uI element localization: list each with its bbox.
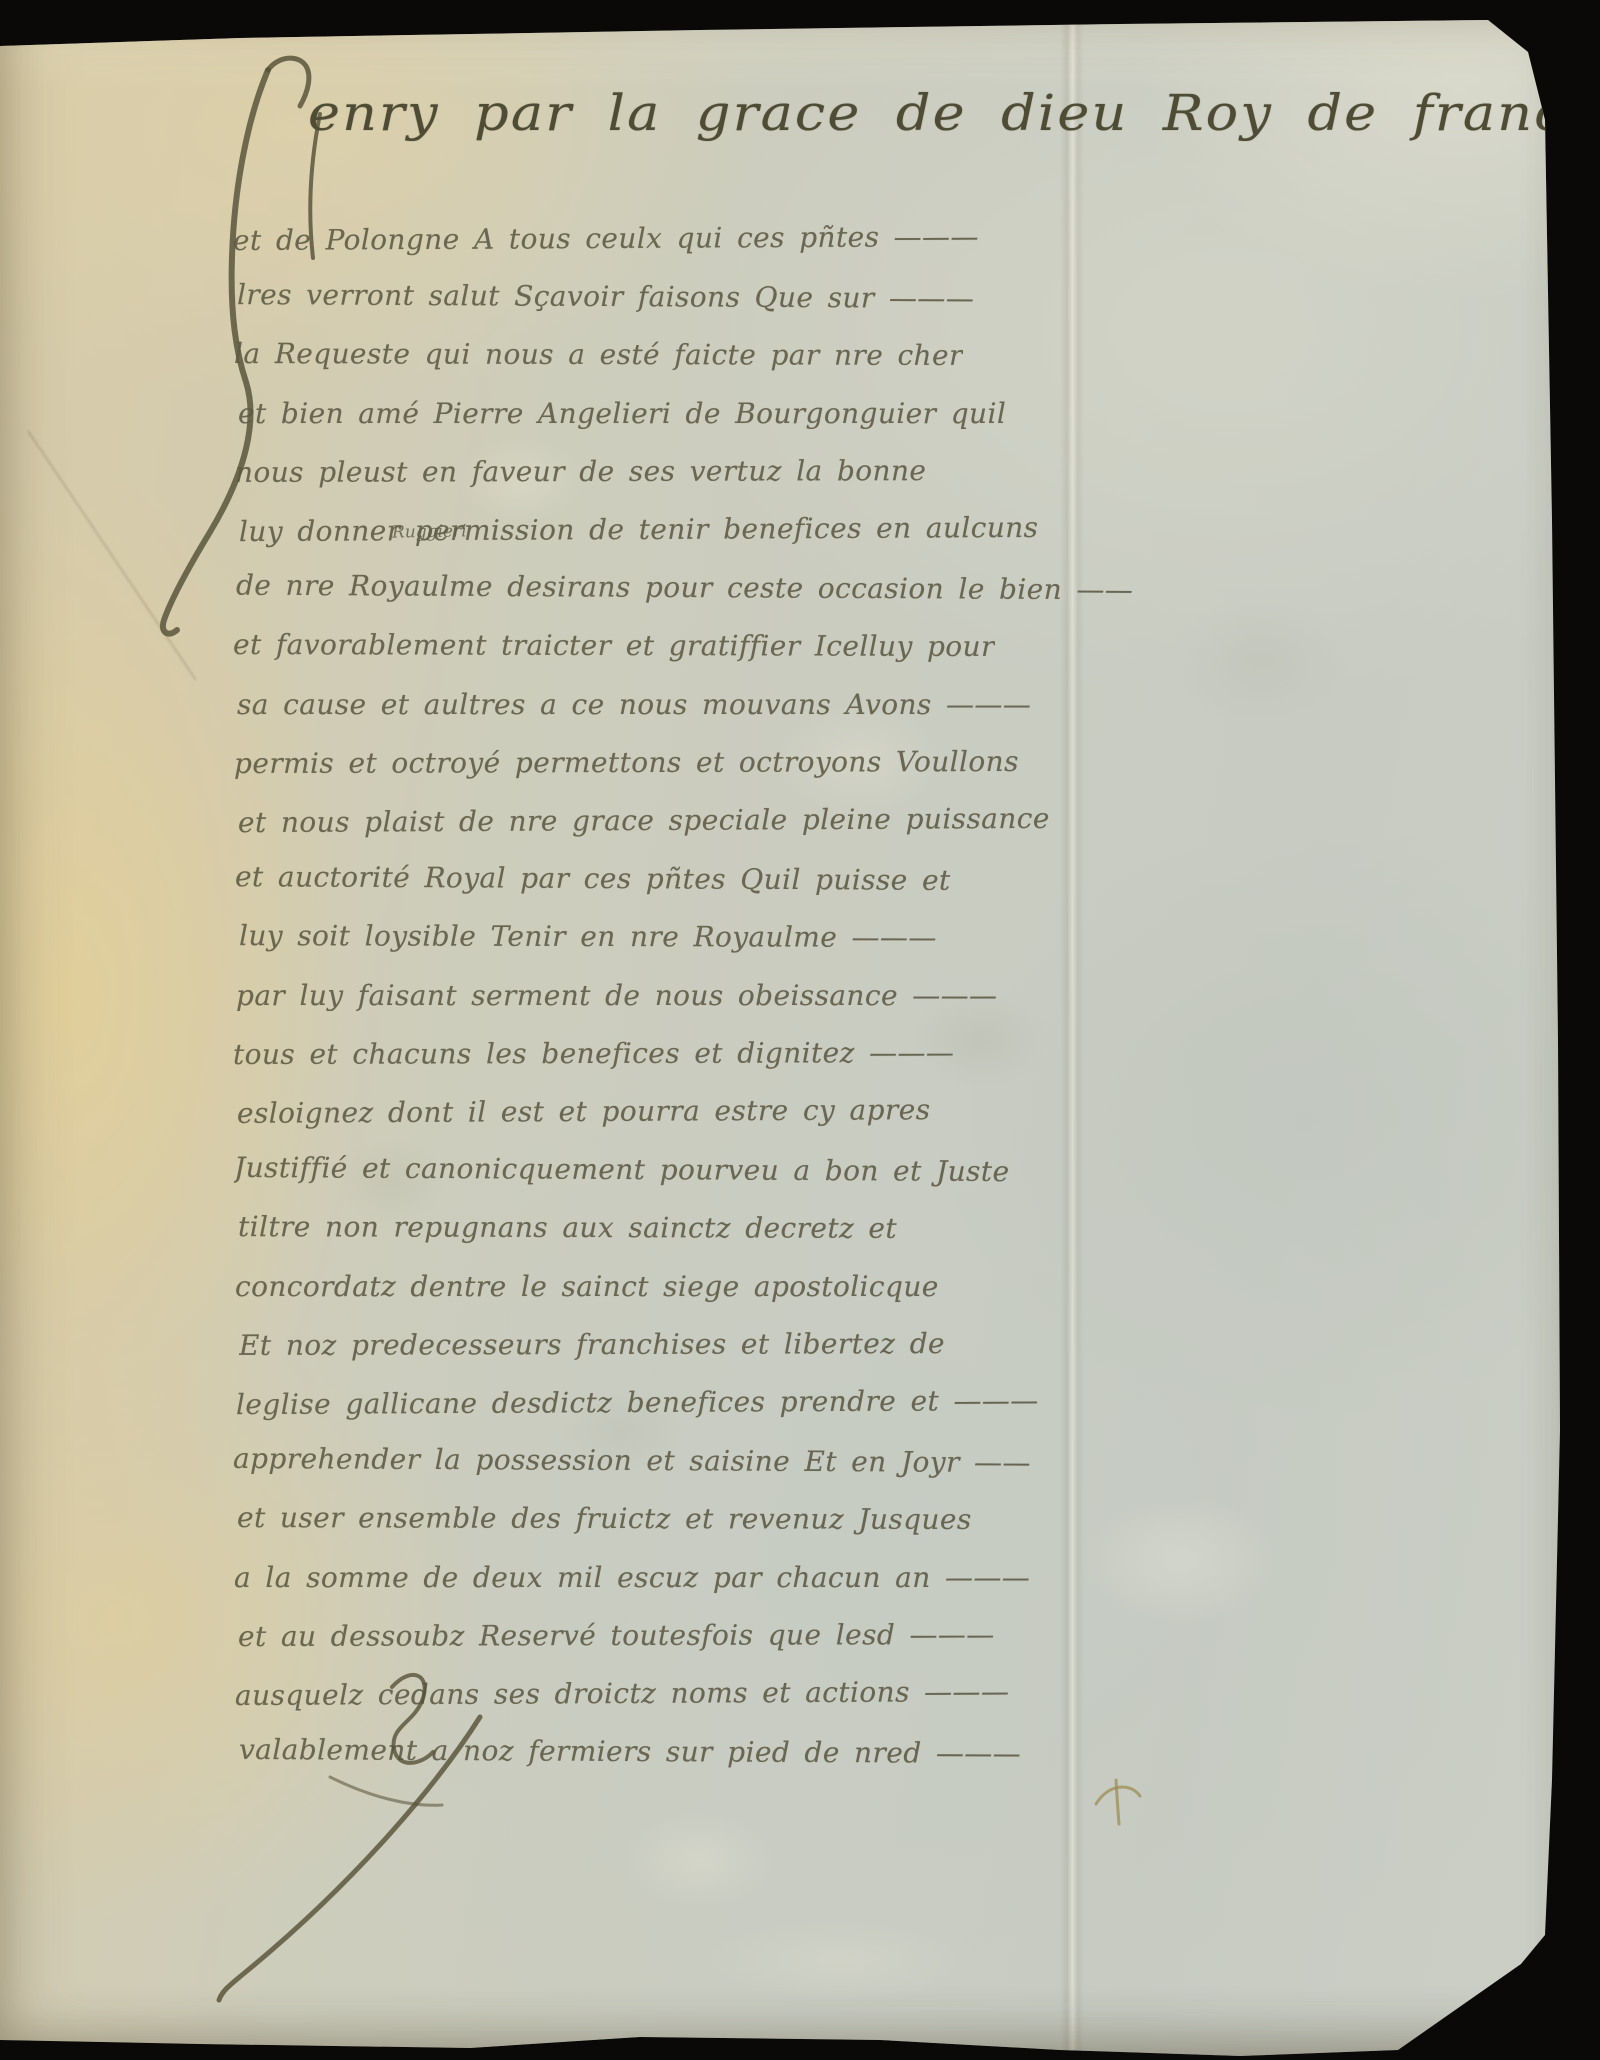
- manuscript-line: et au dessoubz Reservé toutesfois que le…: [238, 1618, 995, 1653]
- manuscript-line: et bien amé Pierre Angelieri de Bourgong…: [238, 397, 1006, 430]
- manuscript-line: et auctorité Royal par ces pñtes Quil pu…: [235, 860, 951, 897]
- manuscript-line: leglise gallicane desdictz benefices pre…: [236, 1384, 1039, 1421]
- diagonal-crease: [27, 430, 196, 680]
- manuscript-line: permis et octroyé permettons et octroyon…: [234, 745, 1019, 780]
- manuscript-line: lres verront salut Sçavoir faisons Que s…: [237, 278, 974, 315]
- vertical-fold-crease: [1060, 0, 1084, 2060]
- manuscript-line: et nous plaist de nre grace speciale ple…: [238, 802, 1050, 839]
- manuscript-line: et de Polongne A tous ceulx qui ces pñte…: [233, 220, 979, 257]
- manuscript-line: sa cause et aultres a ce nous mouvans Av…: [237, 688, 1031, 721]
- manuscript-line: apprehender la possession et saisine Et …: [233, 1442, 1031, 1479]
- manuscript-line: par luy faisant serment de nous obeissan…: [236, 979, 997, 1012]
- manuscript-line: a la somme de deux mil escuz par chacun …: [234, 1561, 1030, 1594]
- manuscript-line: et favorablement traicter et gratiffier …: [233, 628, 995, 663]
- manuscript-line: tous et chacuns les benefices et dignite…: [233, 1036, 954, 1071]
- manuscript-line: esloignez dont il est et pourra estre cy…: [237, 1093, 931, 1130]
- manuscript-line: concordatz dentre le sainct siege aposto…: [235, 1270, 939, 1303]
- parchment-sheet: enry par la grace de dieu Roy de france …: [0, 0, 1600, 2060]
- manuscript-line: luy soit loysible Tenir en nre Royaulme …: [239, 919, 937, 954]
- ochre-annotation-mark-icon: [1088, 1772, 1162, 1836]
- manuscript-line: valablement a noz fermiers sur pied de n…: [239, 1733, 1021, 1770]
- manuscript-line: Et noz predecesseurs franchises et liber…: [239, 1327, 945, 1362]
- manuscript-line: et user ensemble des fruictz et revenuz …: [237, 1501, 972, 1536]
- manuscript-line: ausquelz cedans ses droictz noms et acti…: [235, 1675, 1009, 1712]
- manuscript-photo: enry par la grace de dieu Roy de france …: [0, 0, 1600, 2060]
- manuscript-line: de nre Royaulme desirans pour ceste occa…: [236, 569, 1133, 607]
- manuscript-line: la Requeste qui nous a esté faicte par n…: [234, 337, 963, 372]
- manuscript-line: nous pleust en faveur de ses vertuz la b…: [235, 454, 926, 489]
- heading-line: enry par la grace de dieu Roy de france: [308, 84, 1600, 142]
- manuscript-line: tiltre non repugnans aux sainctz decretz…: [238, 1211, 897, 1246]
- manuscript-line: luy donner permission de tenir benefices…: [239, 511, 1039, 548]
- manuscript-line: Justiffié et canonicquement pourveu a bo…: [234, 1151, 1010, 1188]
